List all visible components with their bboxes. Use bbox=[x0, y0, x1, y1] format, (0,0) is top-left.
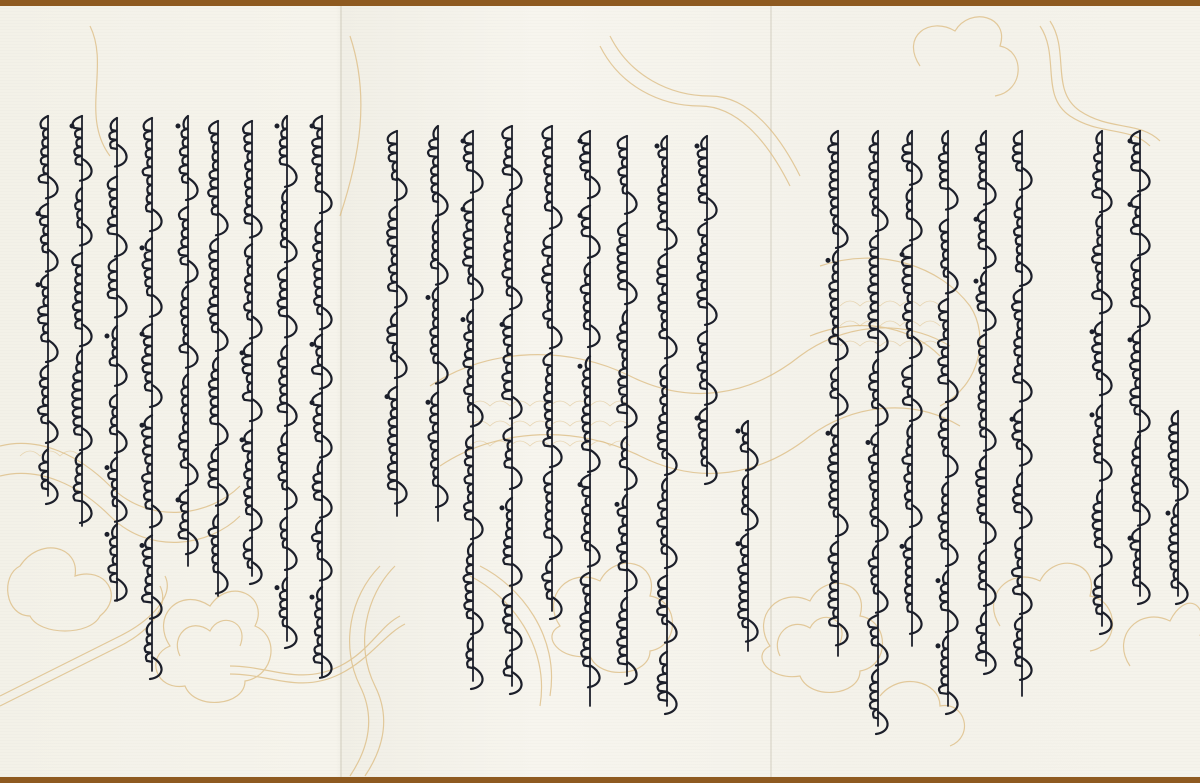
calligraphy-columns bbox=[37, 116, 1188, 734]
calligraphy-scroll: Traditional Mongolian script calligraphy… bbox=[0, 6, 1200, 777]
dragon-cloud-illustration bbox=[0, 6, 1200, 777]
frame-top bbox=[0, 0, 1200, 6]
frame-bottom bbox=[0, 777, 1200, 783]
